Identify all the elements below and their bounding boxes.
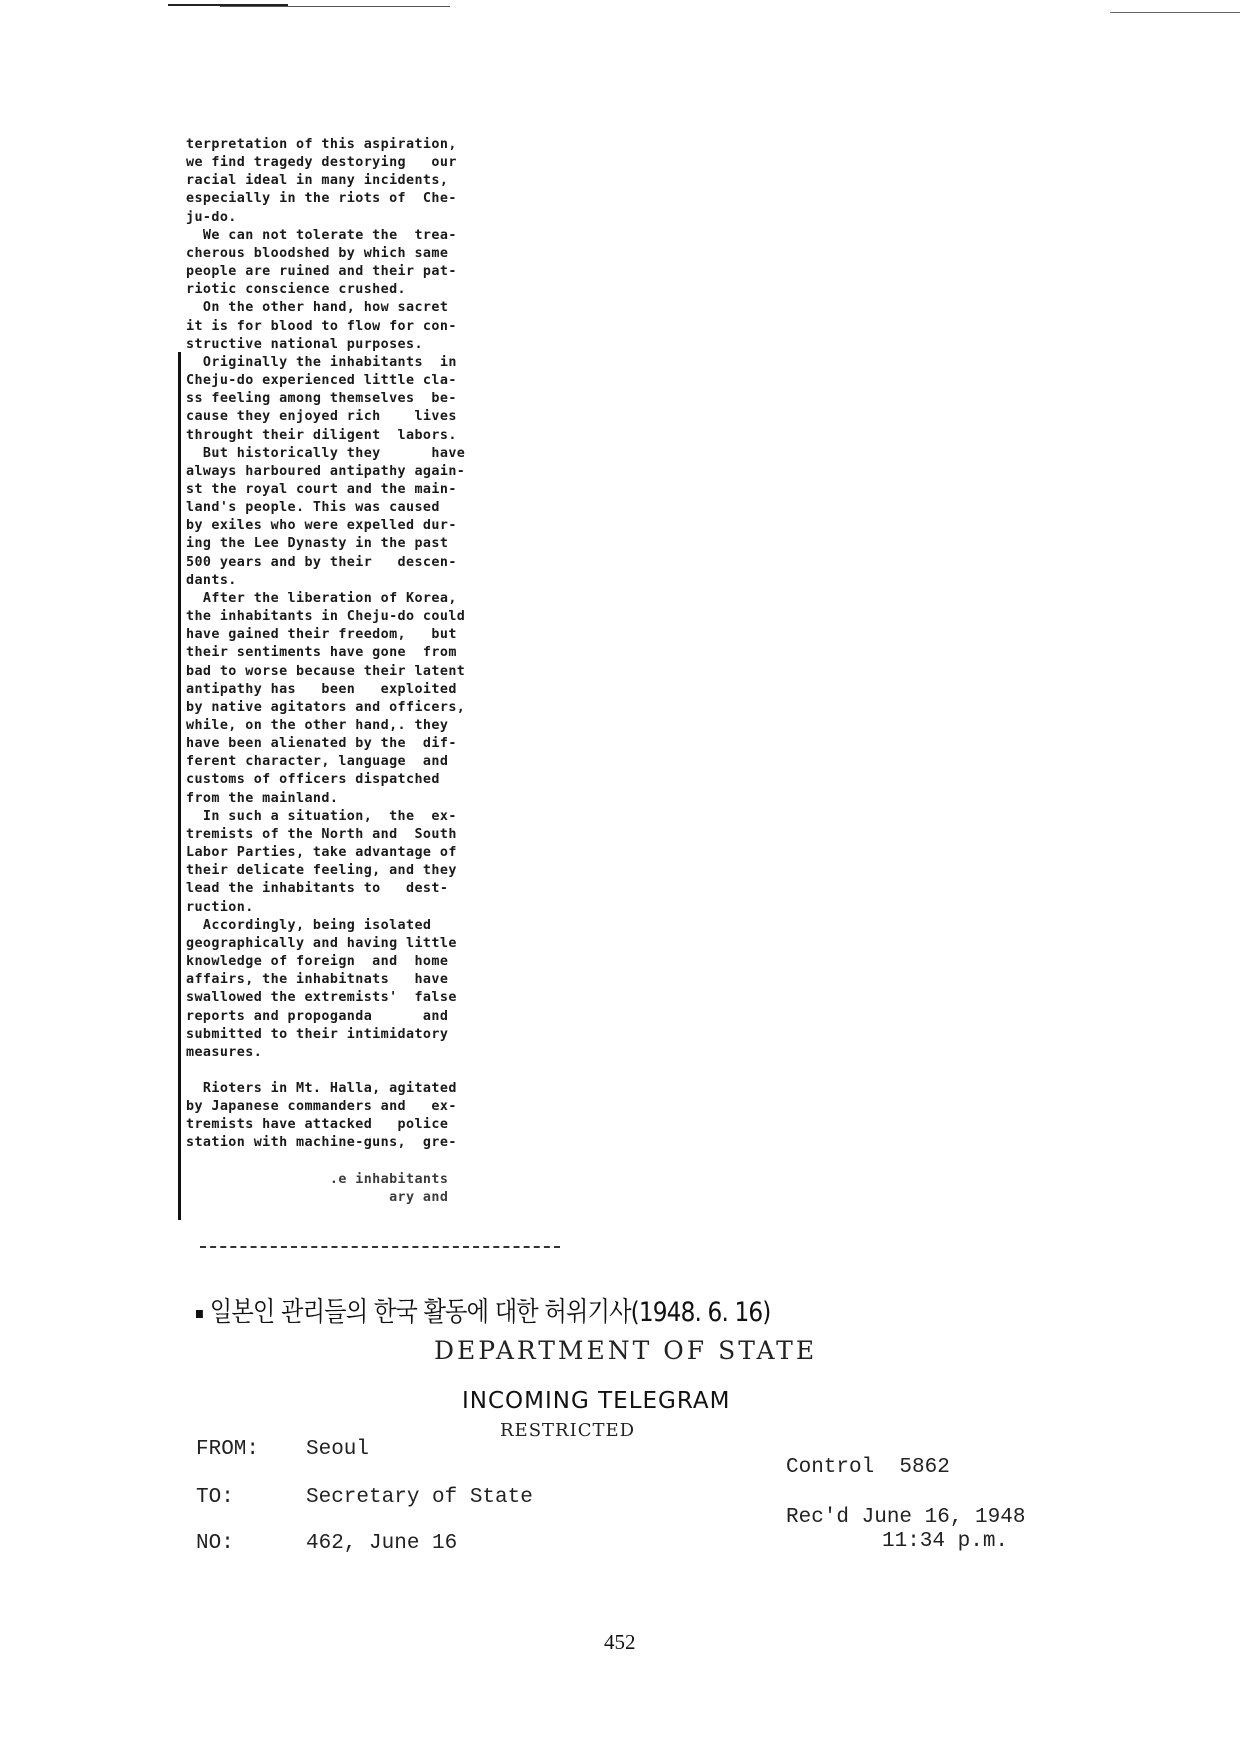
clipping-line: ing the Lee Dynasty in the past [186, 535, 606, 553]
korean-caption: 일본인 관리들의 한국 활동에 대한 허위기사(1948. 6. 16) [196, 1290, 771, 1329]
clipping-line: ju-do. [186, 209, 606, 227]
clipping-line: Cheju-do experienced little cla- [186, 372, 606, 390]
clipping-line: reports and propoganda and [186, 1008, 606, 1026]
clipping-line: customs of officers dispatched [186, 771, 606, 789]
clipping-line: ruction. [186, 899, 606, 917]
clipping-line: In such a situation, the ex- [186, 808, 606, 826]
clipping-line: by exiles who were expelled dur- [186, 517, 606, 535]
clipping-line: knowledge of foreign and home [186, 953, 606, 971]
clipping-line: tremists of the North and South [186, 826, 606, 844]
clipping-line: the inhabitants in Cheju-do could [186, 608, 606, 626]
clipping-line: especially in the riots of Che- [186, 190, 606, 208]
clipping-torn-fragment: .e inhabitants ary and [186, 1171, 606, 1207]
clipping-line: tremists have attacked police [186, 1116, 606, 1134]
clipping-line: station with machine-guns, gre- [186, 1134, 606, 1152]
clipping-line: always harboured antipathy again- [186, 463, 606, 481]
clipping-line: Labor Parties, take advantage of [186, 844, 606, 862]
clipping-line: cause they enjoyed rich lives [186, 408, 606, 426]
control-number: Control 5862 [786, 1456, 950, 1479]
clipping-line: dants. [186, 572, 606, 590]
clipping-line: On the other hand, how sacret [186, 299, 606, 317]
clipping-line: have been alienated by the dif- [186, 735, 606, 753]
caption-text: 일본인 관리들의 한국 활동에 대한 허위기사(1948. 6. 16) [210, 1297, 771, 1328]
clipping-line: But historically they have [186, 445, 606, 463]
clipping-line: ary and [186, 1189, 606, 1207]
classification-label: RESTRICTED [500, 1420, 635, 1441]
clipping-line: structive national purposes. [186, 336, 606, 354]
clipping-line: by native agitators and officers, [186, 699, 606, 717]
clipping-line: Rioters in Mt. Halla, agitated [186, 1080, 606, 1098]
clipping-line: from the mainland. [186, 790, 606, 808]
bullet-icon [196, 1310, 203, 1318]
clipping-line: throught their diligent labors. [186, 427, 606, 445]
clipping-line: submitted to their intimidatory [186, 1026, 606, 1044]
scan-edge-rule [1110, 12, 1240, 13]
from-label: FROM: [196, 1438, 259, 1461]
clipping-line: measures. [186, 1044, 606, 1062]
clipping-line: people are ruined and their pat- [186, 263, 606, 281]
clipping-line: cherous bloodshed by which same [186, 245, 606, 263]
clipping-line: riotic conscience crushed. [186, 281, 606, 299]
clipping-line: it is for blood to flow for con- [186, 318, 606, 336]
clipping-line: After the liberation of Korea, [186, 590, 606, 608]
clipping-line: st the royal court and the main- [186, 481, 606, 499]
clipping-continuation: Rioters in Mt. Halla, agitatedby Japanes… [186, 1080, 606, 1153]
clipping-line: while, on the other hand,. they [186, 717, 606, 735]
clipping-line: We can not tolerate the trea- [186, 227, 606, 245]
newspaper-clipping: terpretation of this aspiration,we find … [186, 136, 606, 1207]
torn-edge [200, 1246, 560, 1248]
clipping-body: terpretation of this aspiration,we find … [186, 136, 606, 1062]
clipping-line: racial ideal in many incidents, [186, 172, 606, 190]
to-value: Secretary of State [306, 1486, 533, 1509]
clipping-margin-bar [178, 352, 181, 1220]
clipping-line: their delicate feeling, and they [186, 862, 606, 880]
department-heading: DEPARTMENT OF STATE [434, 1336, 817, 1365]
clipping-line: terpretation of this aspiration, [186, 136, 606, 154]
clipping-line: affairs, the inhabitnats have [186, 971, 606, 989]
clipping-line: swallowed the extremists' false [186, 989, 606, 1007]
received-time: 11:34 p.m. [882, 1530, 1008, 1553]
clipping-line: ferent character, language and [186, 753, 606, 771]
clipping-line: have gained their freedom, but [186, 626, 606, 644]
clipping-line: lead the inhabitants to dest- [186, 880, 606, 898]
scan-edge-rule [220, 6, 450, 7]
clipping-line: land's people. This was caused [186, 499, 606, 517]
clipping-line: ss feeling among themselves be- [186, 390, 606, 408]
page-number: 452 [604, 1630, 636, 1655]
clipping-line: Originally the inhabitants in [186, 354, 606, 372]
clipping-line: Accordingly, being isolated [186, 917, 606, 935]
clipping-line: antipathy has been exploited [186, 681, 606, 699]
telegram-title: INCOMING TELEGRAM [462, 1388, 731, 1414]
clipping-line: 500 years and by their descen- [186, 554, 606, 572]
clipping-line: .e inhabitants [186, 1171, 606, 1189]
clipping-line: we find tragedy destorying our [186, 154, 606, 172]
no-value: 462, June 16 [306, 1532, 457, 1555]
clipping-line: geographically and having little [186, 935, 606, 953]
received-date: Rec'd June 16, 1948 [786, 1506, 1025, 1529]
clipping-line: their sentiments have gone from [186, 644, 606, 662]
clipping-line: bad to worse because their latent [186, 663, 606, 681]
to-label: TO: [196, 1486, 234, 1509]
no-label: NO: [196, 1532, 234, 1555]
clipping-line: by Japanese commanders and ex- [186, 1098, 606, 1116]
from-value: Seoul [306, 1438, 369, 1461]
